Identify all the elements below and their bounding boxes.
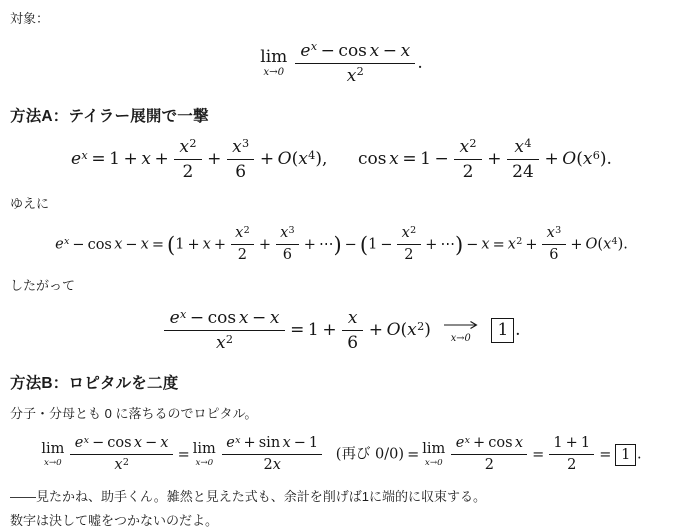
lhopital-note: 分子・分母とも 0 に落ちるのでロピタル。 [10, 405, 673, 423]
fraction: ex+sinx−12x [222, 434, 323, 475]
big-paren: ( [167, 232, 175, 257]
fraction: x36 [227, 136, 254, 183]
fraction: x22 [231, 224, 254, 265]
big-paren: ) [455, 232, 463, 257]
formula-lhopital-chain: limx→0ex−cosx−xx2=limx→0ex+sinx−12x(再び 0… [10, 434, 673, 475]
closing-line-2: 数字は決して嘘をつかないのだよ。 [10, 512, 673, 527]
fraction: x22 [397, 224, 420, 265]
fraction: ex−cosx−xx2 [70, 434, 172, 475]
fraction: x36 [276, 224, 299, 265]
fraction: x22 [174, 136, 201, 183]
long-right-arrow-icon [443, 320, 479, 330]
math-note-page: 対象： limx→0ex−cosx−xx2. 方法A：テイラー展開で一撃 ex=… [0, 0, 683, 527]
method-b-heading: 方法B：ロピタルを二度 [10, 371, 673, 393]
fraction: x22 [454, 136, 481, 183]
method-a-heading: 方法A：テイラー展開で一撃 [10, 104, 673, 126]
boxed-answer: 1 [491, 318, 514, 343]
formula-main-limit: limx→0ex−cosx−xx2. [10, 40, 673, 87]
limit-operator: limx→0 [422, 442, 445, 467]
big-paren: ( [360, 232, 368, 257]
fraction: 1+12 [549, 434, 594, 475]
limit-operator: limx→0 [193, 442, 216, 467]
formula-limit-result: ex−cosx−xx2=1+x6+O(x2)x→01. [10, 307, 673, 354]
target-label: 対象： [10, 10, 673, 28]
tends-to-arrow: x→0 [443, 317, 479, 344]
fraction: x36 [542, 224, 565, 265]
therefore-label: したがって [10, 277, 673, 295]
closing-line-1: ——見たかね、助手くん。雑然と見えた式も、余計を削げば1に端的に収束する。 [10, 488, 673, 506]
fraction: ex−cosx−xx2 [295, 40, 415, 87]
limit-operator: limx→0 [260, 49, 287, 78]
big-paren: ) [333, 232, 341, 257]
limit-operator: limx→0 [41, 442, 64, 467]
formula-taylor-series: ex=1+x+x22+x36+O(x4),cosx=1−x22+x424+O(x… [10, 136, 673, 183]
fraction: ex+cosx2 [451, 434, 527, 475]
hence-label: ゆえに [10, 195, 673, 213]
boxed-answer: 1 [615, 444, 636, 466]
fraction: x6 [342, 307, 363, 354]
fraction: x424 [507, 136, 539, 183]
formula-expansion-difference: ex−cosx−x=(1+x+x22+x36+⋯)−(1−x22+⋯)−x=x2… [10, 224, 673, 265]
fraction: ex−cosx−xx2 [164, 307, 284, 354]
